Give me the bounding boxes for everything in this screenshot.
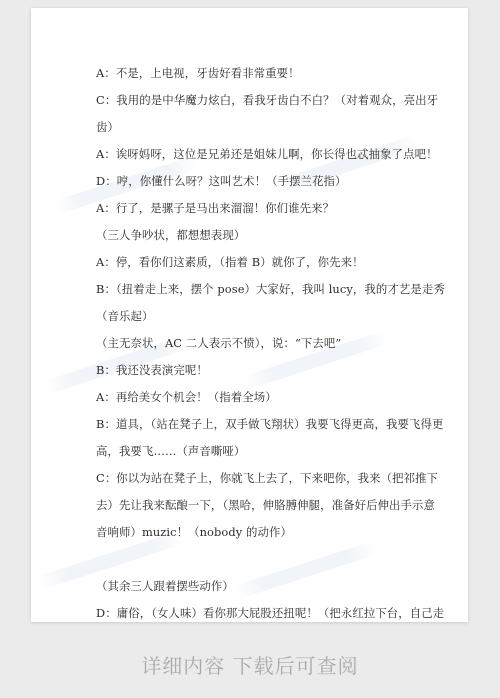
text-line: 去）先让我来酝酿一下，（黑哈，伸胳膊伸腿，准备好后伸出手示意 — [96, 492, 408, 519]
text-line: B：我还没表演完呢！ — [96, 357, 408, 384]
text-line: A：不是，上电视，牙齿好看非常重要！ — [96, 60, 408, 87]
text-line: A：行了，是骡子是马出来溜溜！你们谁先来？ — [96, 195, 408, 222]
text-line: （其余三人跟着摆些动作） — [96, 573, 408, 600]
text-line: A：停，看你们这素质，（指着 B）就你了，你先来！ — [96, 249, 408, 276]
document-page: A：不是，上电视，牙齿好看非常重要！ C：我用的是中华魔力炫白，看我牙齿白不白？… — [31, 8, 468, 622]
text-line: （主无奈状，AC 二人表示不愤），说：“下去吧” — [96, 330, 408, 357]
text-line: B：（扭着走上来，摆个 pose）大家好，我叫 lucy，我的才艺是走秀 — [96, 276, 408, 303]
document-body: A：不是，上电视，牙齿好看非常重要！ C：我用的是中华魔力炫白，看我牙齿白不白？… — [96, 60, 408, 622]
text-line: A：再给美女个机会！（指着全场） — [96, 384, 408, 411]
text-line: （音乐起） — [96, 303, 408, 330]
text-line: 音响师）muzic！（nobody 的动作） — [96, 519, 408, 546]
text-line: A：诶呀妈呀，这位是兄弟还是姐妹儿啊，你长得也忒抽象了点吧！ — [96, 141, 408, 168]
text-line: 齿） — [96, 114, 408, 141]
download-prompt: 详细内容 下载后可查阅 — [0, 650, 500, 679]
text-line: 高，我要飞……（声音嘶哑） — [96, 438, 408, 465]
text-line: D：哼，你懂什么呀？这叫艺术！（手摆兰花指） — [96, 168, 408, 195]
text-line: B：道具，（站在凳子上，双手做飞翔状）我要飞得更高，我要飞得更 — [96, 411, 408, 438]
text-line: D：庸俗，（女人味）看你那大屁股还扭呢！（把永红拉下台，自己走 — [96, 600, 408, 622]
text-line: （三人争吵状，都想想表现） — [96, 222, 408, 249]
text-line: C：我用的是中华魔力炫白，看我牙齿白不白？（对着观众，亮出牙 — [96, 87, 408, 114]
blank-line — [96, 546, 408, 573]
text-line: C：你以为站在凳子上，你就飞上去了，下来吧你，我来（把祁推下 — [96, 465, 408, 492]
